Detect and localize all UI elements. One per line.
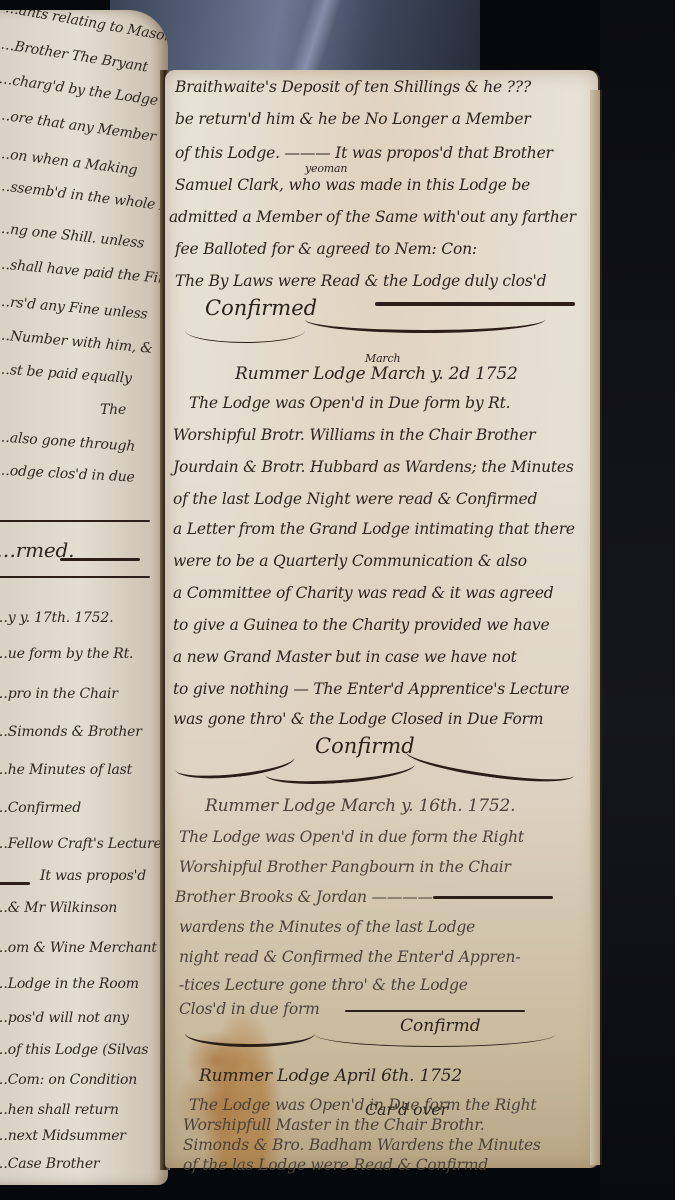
entry-line: -tices Lecture gone thro' & the Lodge	[179, 976, 468, 994]
entry-line: of this Lodge. ——— It was propos'd that …	[175, 144, 553, 162]
entry-line: fee Balloted for & agreed to Nem: Con:	[175, 240, 477, 258]
entry-heading: Rummer Lodge March y. 16th. 1752.	[205, 796, 515, 816]
entry-line: of the last Lodge Night were read & Conf…	[173, 490, 537, 508]
entry-line: be return'd him & he be No Longer a Memb…	[175, 110, 531, 128]
entry-line: a Letter from the Grand Lodge intimating…	[173, 520, 575, 538]
left-line: …Number with him, &	[0, 327, 153, 357]
flourish-stroke	[0, 882, 30, 885]
left-line: …shall have paid the Fine	[0, 256, 168, 288]
confirmed-signature: Confirmed	[205, 296, 317, 320]
left-line: It was propos'd	[40, 868, 146, 884]
left-line: …st be paid equally	[0, 361, 132, 386]
left-line: …Brother The Bryant	[0, 36, 149, 75]
left-line: …ue form by the Rt.	[0, 646, 133, 662]
left-line: …ore that any Member	[0, 107, 157, 145]
catchword: Car'd over	[365, 1100, 448, 1119]
divider-line	[0, 576, 150, 578]
left-line: …Com: on Condition	[0, 1072, 137, 1088]
entry-line: The Lodge was Open'd in due form the Rig…	[179, 828, 524, 846]
entry-line: were to be a Quarterly Communication & a…	[173, 552, 527, 570]
entry-line: The Lodge was Open'd in Due form by Rt.	[189, 394, 510, 412]
flourish-stroke	[60, 558, 140, 561]
entry-line: to give nothing — The Enter'd Apprentice…	[173, 680, 569, 698]
left-line: …Case Brother	[0, 1156, 99, 1172]
entry-line: Worshipful Brother Pangbourn in the Chai…	[179, 858, 511, 876]
interlinear-note: yeoman	[305, 162, 347, 175]
cloth-fold	[288, 0, 342, 75]
entry-line: to give a Guinea to the Charity provided…	[173, 616, 549, 634]
entry-line: Clos'd in due form	[179, 1000, 320, 1018]
entry-line: night read & Confirmed the Enter'd Appre…	[179, 948, 520, 966]
entry-line: The By Laws were Read & the Lodge duly c…	[175, 272, 546, 290]
page-edge	[590, 90, 602, 1165]
left-line: …ng one Shill. unless	[0, 220, 145, 251]
calligraphic-flourish	[404, 738, 576, 788]
divider-line	[345, 1010, 525, 1012]
calligraphic-flourish	[185, 1020, 315, 1047]
left-line: …next Midsummer	[0, 1128, 126, 1144]
left-line: …ssemb'd in the whole Room	[0, 178, 168, 219]
entry-line: The Lodge was Open'd in Due form the Rig…	[189, 1096, 536, 1114]
entry-line: Samuel Clark, who was made in this Lodge…	[175, 176, 530, 194]
left-line: …pos'd will not any	[0, 1010, 129, 1026]
right-page: Braithwaite's Deposit of ten Shillings &…	[165, 70, 598, 1168]
entry-heading: Rummer Lodge April 6th. 1752	[199, 1066, 462, 1086]
entry-line: wardens the Minutes of the last Lodge	[179, 918, 475, 936]
left-page: …ants relating to Masonry …Brother The B…	[0, 10, 168, 1185]
left-line: …rs'd any Fine unless	[0, 293, 148, 322]
left-line: …also gone through	[0, 429, 136, 455]
divider-line	[0, 520, 150, 522]
left-line: …charg'd by the Lodge	[0, 71, 159, 109]
entry-line: Worshipful Brotr. Williams in the Chair …	[173, 426, 535, 444]
left-line: …odge clos'd in due	[0, 462, 135, 485]
left-line: …pro in the Chair	[0, 686, 118, 702]
calligraphic-flourish	[305, 306, 545, 333]
entry-line: a new Grand Master but in case we have n…	[173, 648, 517, 666]
entry-line: was gone thro' & the Lodge Closed in Due…	[173, 710, 543, 728]
left-heading: …y y. 17th. 1752.	[0, 610, 113, 626]
dark-background	[600, 0, 675, 1200]
left-line: …om & Wine Merchant	[0, 940, 157, 956]
left-line: …Simonds & Brother	[0, 724, 142, 740]
entry-line: Brother Brooks & Jordan ——————	[175, 888, 463, 906]
left-line: …he Minutes of last	[0, 762, 132, 778]
entry-line: a Committee of Charity was read & it was…	[173, 584, 554, 602]
entry-line: of the las Lodge were Read & Confirmd	[183, 1156, 488, 1174]
entry-line: Jourdain & Brotr. Hubbard as Wardens; th…	[173, 458, 574, 476]
left-line: The	[100, 402, 126, 418]
left-line: …on when a Making	[0, 145, 138, 178]
calligraphic-flourish	[185, 318, 305, 343]
left-line: …hen shall return	[0, 1102, 119, 1118]
entry-line: Simonds & Bro. Badham Wardens the Minute…	[183, 1136, 541, 1154]
entry-line: admitted a Member of the Same with'out a…	[169, 208, 576, 226]
left-line: …Confirmed	[0, 800, 81, 816]
calligraphic-flourish	[315, 1022, 555, 1047]
left-line: …Lodge in the Room	[0, 976, 139, 992]
left-line: …& Mr Wilkinson	[0, 900, 117, 916]
entry-heading: Rummer Lodge March y. 2d 1752	[235, 364, 518, 384]
entry-line: Braithwaite's Deposit of ten Shillings &…	[175, 78, 531, 96]
left-line: …Fellow Craft's Lecture	[0, 836, 162, 852]
left-line: …of this Lodge (Silvas	[0, 1042, 148, 1058]
strikethrough	[433, 896, 553, 899]
